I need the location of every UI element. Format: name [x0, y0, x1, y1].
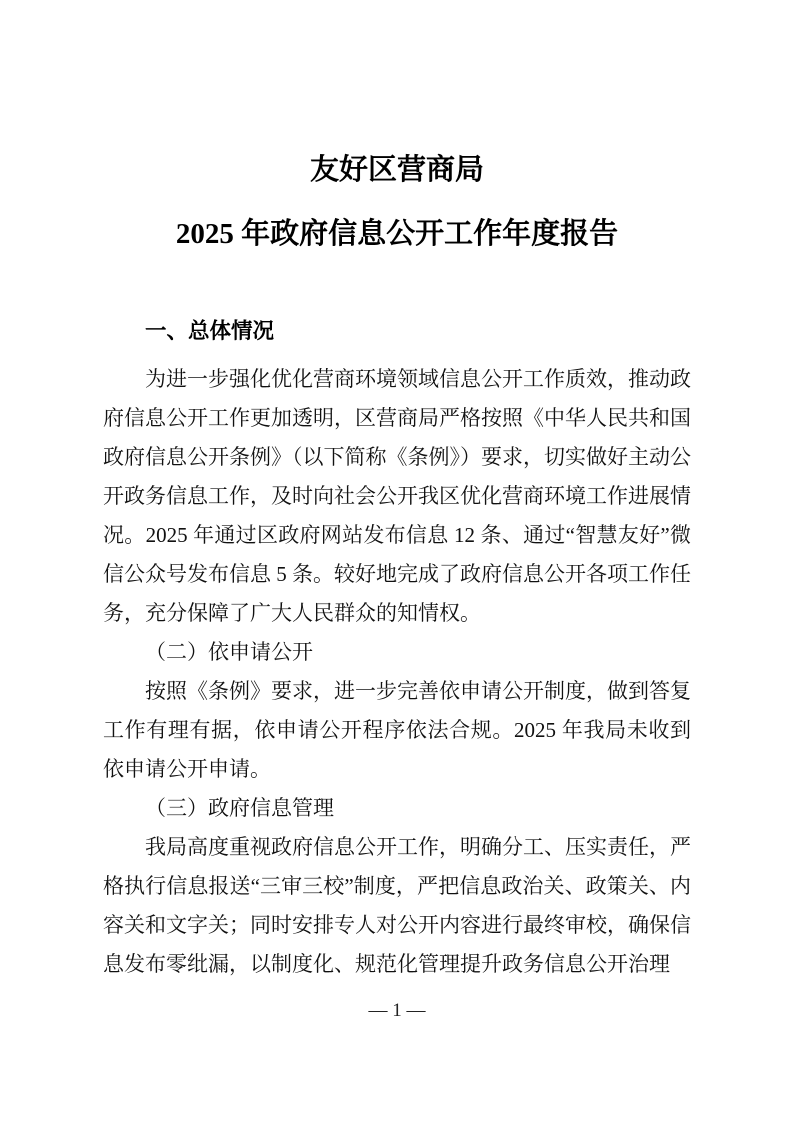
document-title-line2: 2025 年政府信息公开工作年度报告	[103, 214, 691, 254]
page-number: — 1 —	[103, 996, 691, 1026]
paragraph-disclosure-upon-request: 按照《条例》要求，进一步完善依申请公开制度，做到答复工作有理有据，依申请公开程序…	[103, 672, 691, 789]
paragraph-information-management: 我局高度重视政府信息公开工作，明确分工、压实责任，严格执行信息报送“三审三校”制…	[103, 828, 691, 984]
document-page: 友好区营商局 2025 年政府信息公开工作年度报告 一、总体情况 为进一步强化优…	[0, 0, 793, 1122]
subheading-disclosure-upon-request: （二）依申请公开	[103, 633, 691, 672]
document-title-line1: 友好区营商局	[103, 152, 691, 188]
subheading-information-management: （三）政府信息管理	[103, 789, 691, 828]
paragraph-proactive-disclosure: 为进一步强化优化营商环境领域信息公开工作质效，推动政府信息公开工作更加透明，区营…	[103, 360, 691, 633]
section-heading-overall-situation: 一、总体情况	[103, 312, 691, 351]
